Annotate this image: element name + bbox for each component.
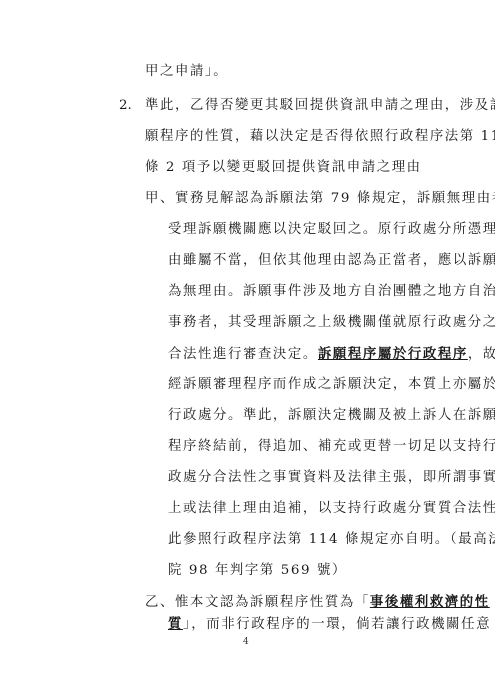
text-line-with-emphasis: 合法性進行審查決定。訴願程序屬於行政程序，故 [168,344,495,365]
text: 」，而非行政程序的一環，倘若讓行政機關任意 [183,617,491,632]
text-line: 由雖屬不當，但依其他理由認為正當者，應以訴願 [168,251,495,271]
text: 合法性進行審查決定。 [168,347,318,362]
emphasis-underline: 訴願程序屬於行政程序 [318,346,468,362]
text-line: 為無理由。訴願事件涉及地方自治團體之地方自治 [168,282,495,302]
text-line: 條 2 項予以變更駁回提供資訊申請之理由 [145,158,422,178]
text-line: 準此，乙得否變更其駁回提供資訊申請之理由，涉及訴 [145,96,495,116]
text-line-with-emphasis: 質」，而非行政程序的一環，倘若讓行政機關任意 [168,614,491,635]
text-line-with-emphasis: 乙、惟本文認為訴願程序性質為「事後權利救濟的性 [145,592,490,613]
text-line: 程序終結前，得追加、補充或更替一切足以支持行 [168,437,495,457]
emphasis-underline: 質 [168,616,183,632]
text-line: 願程序的性質，藉以決定是否得依照行政程序法第 114 [145,127,495,147]
text-line: 經訴願審理程序而作成之訴願決定，本質上亦屬於 [168,375,495,395]
text-line: 甲之申請」。 [145,62,228,82]
text-line: 政處分合法性之事實資料及法律主張，即所謂事實 [168,468,495,488]
text-line: 此參照行政程序法第 114 條規定亦自明。（最高法 [168,530,495,550]
text-line: 行政處分。準此，訴願決定機關及被上訴人在訴願 [168,406,495,426]
emphasis-underline: 事後權利救濟的性 [370,594,490,610]
text-line: 事務者，其受理訴願之上級機關僅就原行政處分之 [168,313,495,333]
text-line: 受理訴願機關應以決定駁回之。原行政處分所憑理 [168,220,495,240]
text-line: 甲、實務見解認為訴願法第 79 條規定，訴願無理由者， [145,189,495,209]
text-line: 院 98 年判字第 569 號） [168,561,347,581]
text-line: 上或法律上理由追補，以支持行政處分實質合法性， [168,499,495,519]
text: ，故 [468,347,495,362]
text: 乙、惟本文認為訴願程序性質為「 [145,595,370,610]
item-number: 2. [119,96,132,116]
page-number: 4 [243,637,249,647]
